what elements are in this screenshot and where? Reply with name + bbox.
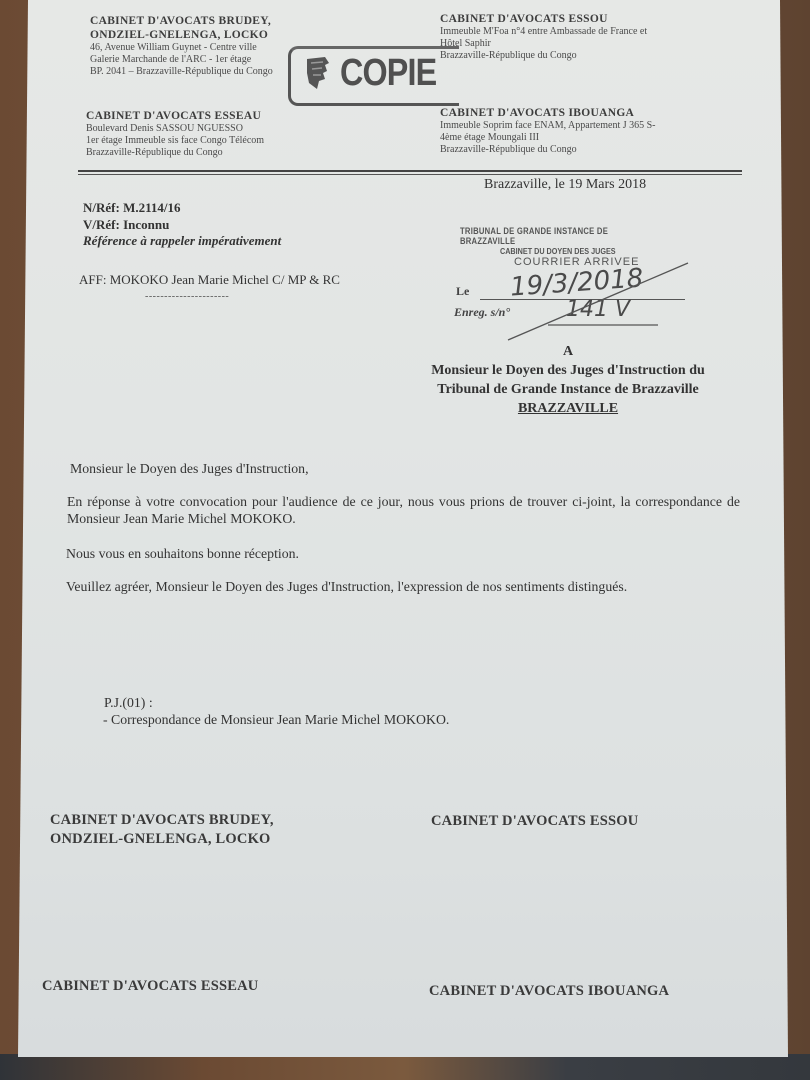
recipient-city: BRAZZAVILLE [388, 399, 748, 418]
recipient-title: Monsieur le Doyen des Juges d'Instructio… [388, 361, 748, 380]
hand-pointer-icon [303, 53, 333, 91]
firm-address-line: 46, Avenue William Guynet - Centre ville [90, 42, 273, 54]
header-divider [78, 174, 742, 175]
attachments-label: P.J.(01) : [104, 694, 153, 711]
signature-essou: CABINET D'AVOCATS ESSOU [431, 812, 638, 831]
letterhead-firm-ibouanga: CABINET D'AVOCATS IBOUANGA Immeuble Sopr… [440, 106, 656, 156]
stamp-court-name: TRIBUNAL DE GRANDE INSTANCE DE BRAZZAVIL… [460, 226, 664, 246]
date-line: Brazzaville, le 19 Mars 2018 [484, 177, 646, 193]
firm-address-line: Brazzaville-République du Congo [86, 147, 264, 159]
firm-address-line: 4ème étage Moungali III [440, 132, 656, 144]
table-surface [0, 1054, 810, 1080]
firm-name: CABINET D'AVOCATS IBOUANGA [440, 106, 656, 120]
affair-line: AFF: MOKOKO Jean Marie Michel C/ MP & RC [79, 272, 340, 288]
attachment-item: - Correspondance de Monsieur Jean Marie … [103, 711, 449, 728]
affair-separator: ---------------------- [145, 291, 229, 302]
recipient-prefix: A [388, 342, 748, 361]
firm-address-line: Galerie Marchande de l'ARC - 1er étage [90, 54, 273, 66]
firm-address-line: Immeuble Soprim face ENAM, Appartement J… [440, 120, 656, 132]
firm-name: CABINET D'AVOCATS ESSOU [440, 12, 647, 26]
letterhead-firm-essou: CABINET D'AVOCATS ESSOU Immeuble M'Foa n… [440, 12, 647, 62]
firm-address-line: Brazzaville-République du Congo [440, 50, 647, 62]
letterhead-firm-esseau: CABINET D'AVOCATS ESSEAU Boulevard Denis… [86, 109, 264, 159]
signature-firm-name: ONDZIEL-GNELENGA, LOCKO [50, 830, 274, 849]
firm-address-line: 1er étage Immeuble sis face Congo Téléco… [86, 135, 264, 147]
body-paragraph: En réponse à votre convocation pour l'au… [67, 493, 740, 527]
firm-address-line: BP. 2041 – Brazzaville-République du Con… [90, 66, 273, 78]
firm-address-line: Boulevard Denis SASSOU NGUESSO [86, 123, 264, 135]
stamp-slash-marks [488, 255, 718, 345]
our-reference: N/Réf: M.2114/16 [83, 199, 281, 216]
firm-name: ONDZIEL-GNELENGA, LOCKO [90, 28, 273, 42]
signature-firm-name: CABINET D'AVOCATS BRUDEY, [50, 811, 274, 830]
firm-address-line: Brazzaville-République du Congo [440, 144, 656, 156]
letter-page: CABINET D'AVOCATS BRUDEY, ONDZIEL-GNELEN… [18, 0, 788, 1057]
references-block: N/Réf: M.2114/16 V/Réf: Inconnu Référenc… [83, 199, 281, 249]
salutation: Monsieur le Doyen des Juges d'Instructio… [70, 460, 309, 477]
recipient-block: A Monsieur le Doyen des Juges d'Instruct… [388, 342, 748, 418]
header-divider [78, 170, 742, 172]
firm-address-line: Hôtel Saphir [440, 38, 647, 50]
stamp-date-label: Le [456, 284, 469, 299]
copy-stamp-label: COPIE [340, 52, 436, 95]
your-reference: V/Réf: Inconnu [83, 216, 281, 233]
recipient-court: Tribunal de Grande Instance de Brazzavil… [388, 380, 748, 399]
signature-ibouanga: CABINET D'AVOCATS IBOUANGA [429, 982, 669, 1001]
signature-esseau: CABINET D'AVOCATS ESSEAU [42, 977, 258, 996]
firm-name: CABINET D'AVOCATS BRUDEY, [90, 14, 273, 28]
letterhead-firm-brudey: CABINET D'AVOCATS BRUDEY, ONDZIEL-GNELEN… [90, 14, 273, 78]
body-paragraph: Veuillez agréer, Monsieur le Doyen des J… [66, 578, 742, 595]
reference-note: Référence à rappeler impérativement [83, 233, 281, 249]
firm-address-line: Immeuble M'Foa n°4 entre Ambassade de Fr… [440, 26, 647, 38]
signature-brudey: CABINET D'AVOCATS BRUDEY, ONDZIEL-GNELEN… [50, 811, 274, 849]
firm-name: CABINET D'AVOCATS ESSEAU [86, 109, 264, 123]
body-paragraph: Nous vous en souhaitons bonne réception. [66, 545, 299, 562]
